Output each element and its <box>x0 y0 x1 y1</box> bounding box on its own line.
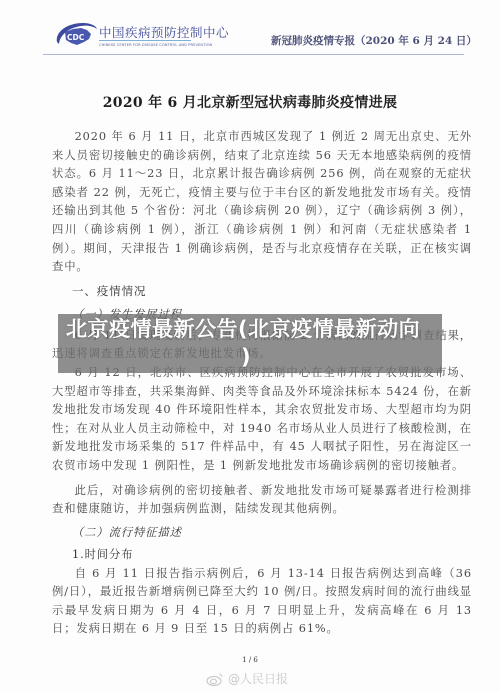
svg-text:CDC: CDC <box>67 33 85 42</box>
watermark-text: @人民日报 <box>228 670 288 687</box>
section-heading-epidemic: 一、疫情情况 <box>52 281 472 301</box>
headline-text: 北京疫情最新公告(北京疫情最新动向 ) <box>66 315 446 371</box>
document-page: CDC 中国疾病预防控制中心 CHINESE CENTER FOR DISEAS… <box>0 0 500 692</box>
paragraph-time-distribution: 自 6 月 11 日报告指示病例后，6 月 13-14 日报告病例达到高峰（36… <box>52 565 472 639</box>
weibo-icon <box>206 672 224 686</box>
paragraph-followup: 此后，对确诊病例的密切接触者、新发地批发市场可疑暴露者进行检测排查和健康随访，并… <box>52 482 472 519</box>
cdc-logo-icon: CDC <box>53 20 99 52</box>
intro-paragraph: 2020 年 6 月 11 日，北京市西城区发现了 1 例近 2 周无出京史、无… <box>52 128 472 277</box>
subsection-heading-characteristics: （二）流行特征描述 <box>52 523 472 543</box>
bulletin-title: 新冠肺炎疫情专报（2020 年 6 月 24 日） <box>271 33 477 48</box>
org-underline <box>99 40 191 41</box>
headline-line-1: 北京疫情最新公告(北京疫情最新动向 <box>66 317 420 341</box>
headline-line-2: ) <box>66 343 446 371</box>
document-body: 2020 年 6 月 11 日，北京市西城区发现了 1 例近 2 周无出京史、无… <box>52 128 472 639</box>
header-divider <box>43 54 464 55</box>
page-indicator: 1 / 6 <box>0 656 500 664</box>
document-title: 2020 年 6 月北京新型冠状病毒肺炎疫情进展 <box>0 92 500 112</box>
paragraph-june-12: 6 月 12 日，北京市、区疾病预防控制中心在全市开展了农贸批发市场、大型超市等… <box>52 364 472 476</box>
weibo-watermark: @人民日报 <box>206 670 288 687</box>
org-name-cn: 中国疾病预防控制中心 <box>99 23 229 41</box>
org-name-en: CHINESE CENTER FOR DISEASE CONTROL AND P… <box>99 43 212 47</box>
subsection-heading-time: 1.时间分布 <box>52 545 472 565</box>
